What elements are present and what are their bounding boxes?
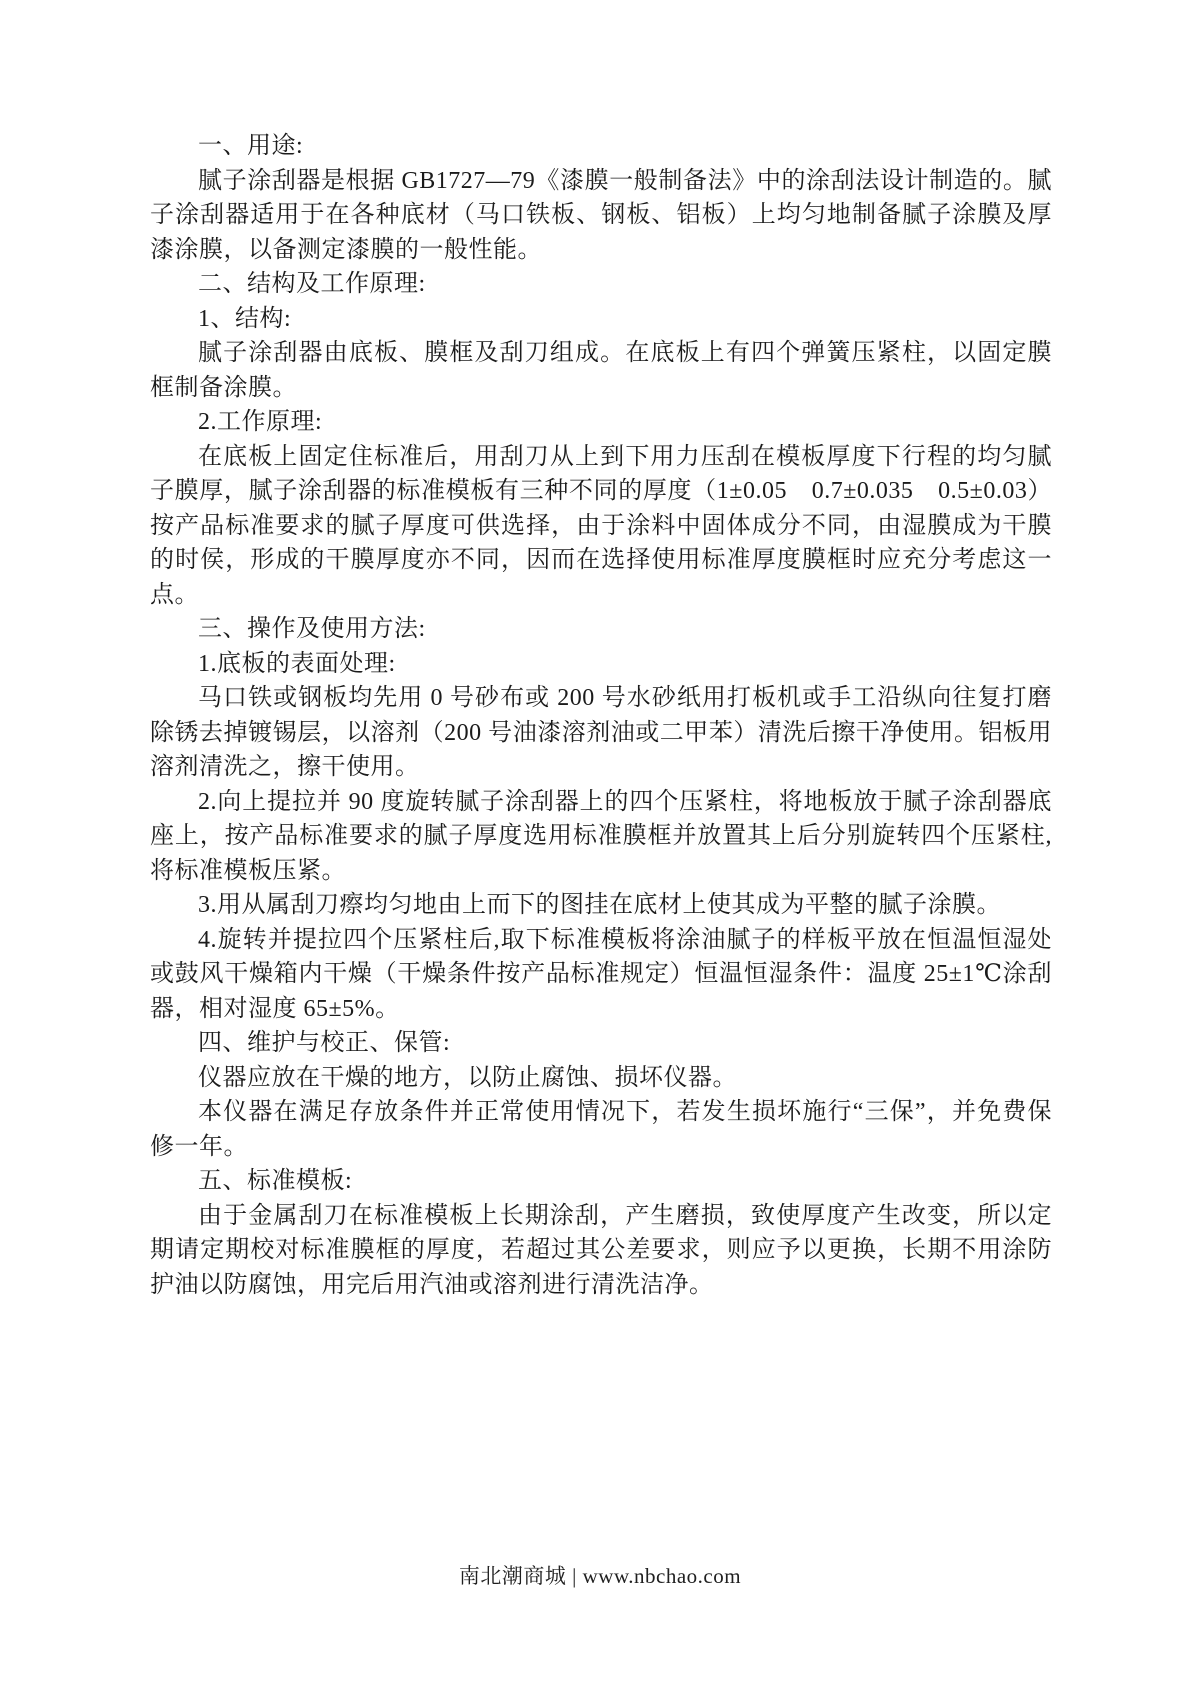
paragraph: 仪器应放在干燥的地方，以防止腐蚀、损坏仪器。 [150, 1061, 1052, 1096]
paragraph: 4.旋转并提拉四个压紧柱后,取下标准模板将涂油腻子的样板平放在恒温恒湿处或鼓风干… [150, 923, 1052, 1027]
paragraph: 在底板上固定住标准后，用刮刀从上到下用力压刮在模板厚度下行程的均匀腻子膜厚，腻子… [150, 440, 1052, 613]
section-heading: 五、标准模板: [150, 1164, 1052, 1199]
paragraph: 腻子涂刮器由底板、膜框及刮刀组成。在底板上有四个弹簧压紧柱，以固定膜框制备涂膜。 [150, 336, 1052, 405]
sub-heading: 2.工作原理: [150, 405, 1052, 440]
section-heading: 三、操作及使用方法: [150, 612, 1052, 647]
section-heading: 四、维护与校正、保管: [150, 1026, 1052, 1061]
document-page: 一、用途: 腻子涂刮器是根据 GB1727—79《漆膜一般制备法》中的涂刮法设计… [0, 0, 1200, 1697]
paragraph: 本仪器在满足存放条件并正常使用情况下，若发生损坏施行“三保”，并免费保修一年。 [150, 1095, 1052, 1164]
paragraph: 马口铁或钢板均先用 0 号砂布或 200 号水砂纸用打板机或手工沿纵向往复打磨除… [150, 681, 1052, 785]
footer-text: 南北潮商城 | www.nbchao.com [0, 1560, 1200, 1590]
paragraph: 由于金属刮刀在标准模板上长期涂刮，产生磨损，致使厚度产生改变，所以定期请定期校对… [150, 1199, 1052, 1303]
paragraph: 2.向上提拉并 90 度旋转腻子涂刮器上的四个压紧柱，将地板放于腻子涂刮器底座上… [150, 785, 1052, 889]
section-heading: 一、用途: [150, 129, 1052, 164]
paragraph: 3.用从属刮刀瘵均匀地由上而下的图挂在底材上使其成为平整的腻子涂膜。 [150, 888, 1052, 923]
sub-heading: 1、结构: [150, 302, 1052, 337]
section-heading: 二、结构及工作原理: [150, 267, 1052, 302]
paragraph: 腻子涂刮器是根据 GB1727—79《漆膜一般制备法》中的涂刮法设计制造的。腻子… [150, 164, 1052, 268]
document-body: 一、用途: 腻子涂刮器是根据 GB1727—79《漆膜一般制备法》中的涂刮法设计… [150, 129, 1052, 1302]
sub-heading: 1.底板的表面处理: [150, 647, 1052, 682]
